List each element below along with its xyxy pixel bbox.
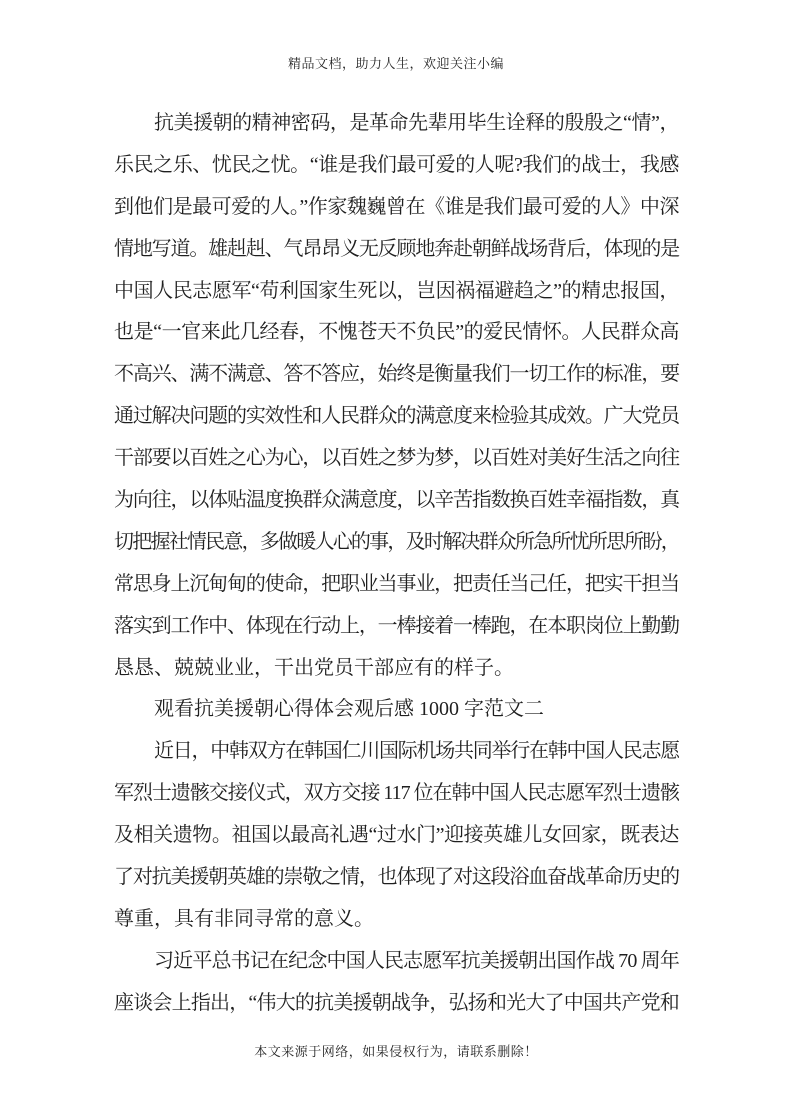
doc-line: 了对抗美援朝英雄的崇敬之情，也体现了对这段浴血奋战革命历史的	[114, 857, 679, 899]
doc-line: 落实到工作中、体现在行动上，一棒接着一棒跑，在本职岗位上勤勤	[114, 606, 679, 648]
doc-line: 及相关遗物。祖国以最高礼遇“过水门”迎接英雄儿女回家，既表达	[114, 815, 679, 857]
doc-line: 抗美援朝的精神密码，是革命先辈用毕生诠释的殷殷之“情”，	[114, 103, 679, 145]
doc-line: 不高兴、满不满意、答不答应，始终是衡量我们一切工作的标准，要	[114, 354, 679, 396]
doc-line: 恳恳、兢兢业业，干出党员干部应有的样子。	[114, 648, 679, 690]
doc-line: 也是“一官来此几经春，不愧苍天不负民”的爱民情怀。人民群众高	[114, 312, 679, 354]
header-note: 精品文档，助力人生，欢迎关注小编	[0, 53, 792, 72]
doc-line: 近日，中韩双方在韩国仁川国际机场共同举行在韩中国人民志愿	[114, 731, 679, 773]
doc-line: 通过解决问题的实效性和人民群众的满意度来检验其成效。广大党员	[114, 396, 679, 438]
document-body: 抗美援朝的精神密码，是革命先辈用毕生诠释的殷殷之“情”， 乐民之乐、忧民之忧。“…	[114, 103, 679, 1025]
doc-line: 尊重，具有非同寻常的意义。	[114, 899, 679, 941]
doc-line: 为向往，以体贴温度换群众满意度，以辛苦指数换百姓幸福指数，真	[114, 480, 679, 522]
doc-line: 中国人民志愿军“苟利国家生死以，岂因祸福避趋之”的精忠报国，	[114, 271, 679, 313]
doc-line: 军烈士遗骸交接仪式，双方交接 117 位在韩中国人民志愿军烈士遗骸	[114, 773, 679, 815]
doc-line: 干部要以百姓之心为心，以百姓之梦为梦，以百姓对美好生活之向往	[114, 438, 679, 480]
doc-line: 座谈会上指出，“伟大的抗美援朝战争，弘扬和光大了中国共产党和	[114, 983, 679, 1025]
doc-line: 常思身上沉甸甸的使命，把职业当事业，把责任当己任，把实干担当	[114, 564, 679, 606]
doc-subtitle-line: 观看抗美援朝心得体会观后感 1000 字范文二	[114, 689, 679, 731]
doc-line: 到他们是最可爱的人。”作家魏巍曾在《谁是我们最可爱的人》中深	[114, 187, 679, 229]
footer-note: 本文来源于网络，如果侵权行为，请联系删除！	[0, 1041, 792, 1060]
document-page: 精品文档，助力人生，欢迎关注小编 抗美援朝的精神密码，是革命先辈用毕生诠释的殷殷…	[0, 0, 792, 1120]
doc-line: 情地写道。雄赳赳、气昂昂义无反顾地奔赴朝鲜战场背后，体现的是	[114, 229, 679, 271]
doc-line: 切把握社情民意，多做暖人心的事，及时解决群众所急所忧所思所盼，	[114, 522, 679, 564]
doc-line: 乐民之乐、忧民之忧。“谁是我们最可爱的人呢?我们的战士，我感	[114, 145, 679, 187]
doc-line: 习近平总书记在纪念中国人民志愿军抗美援朝出国作战 70 周年	[114, 941, 679, 983]
